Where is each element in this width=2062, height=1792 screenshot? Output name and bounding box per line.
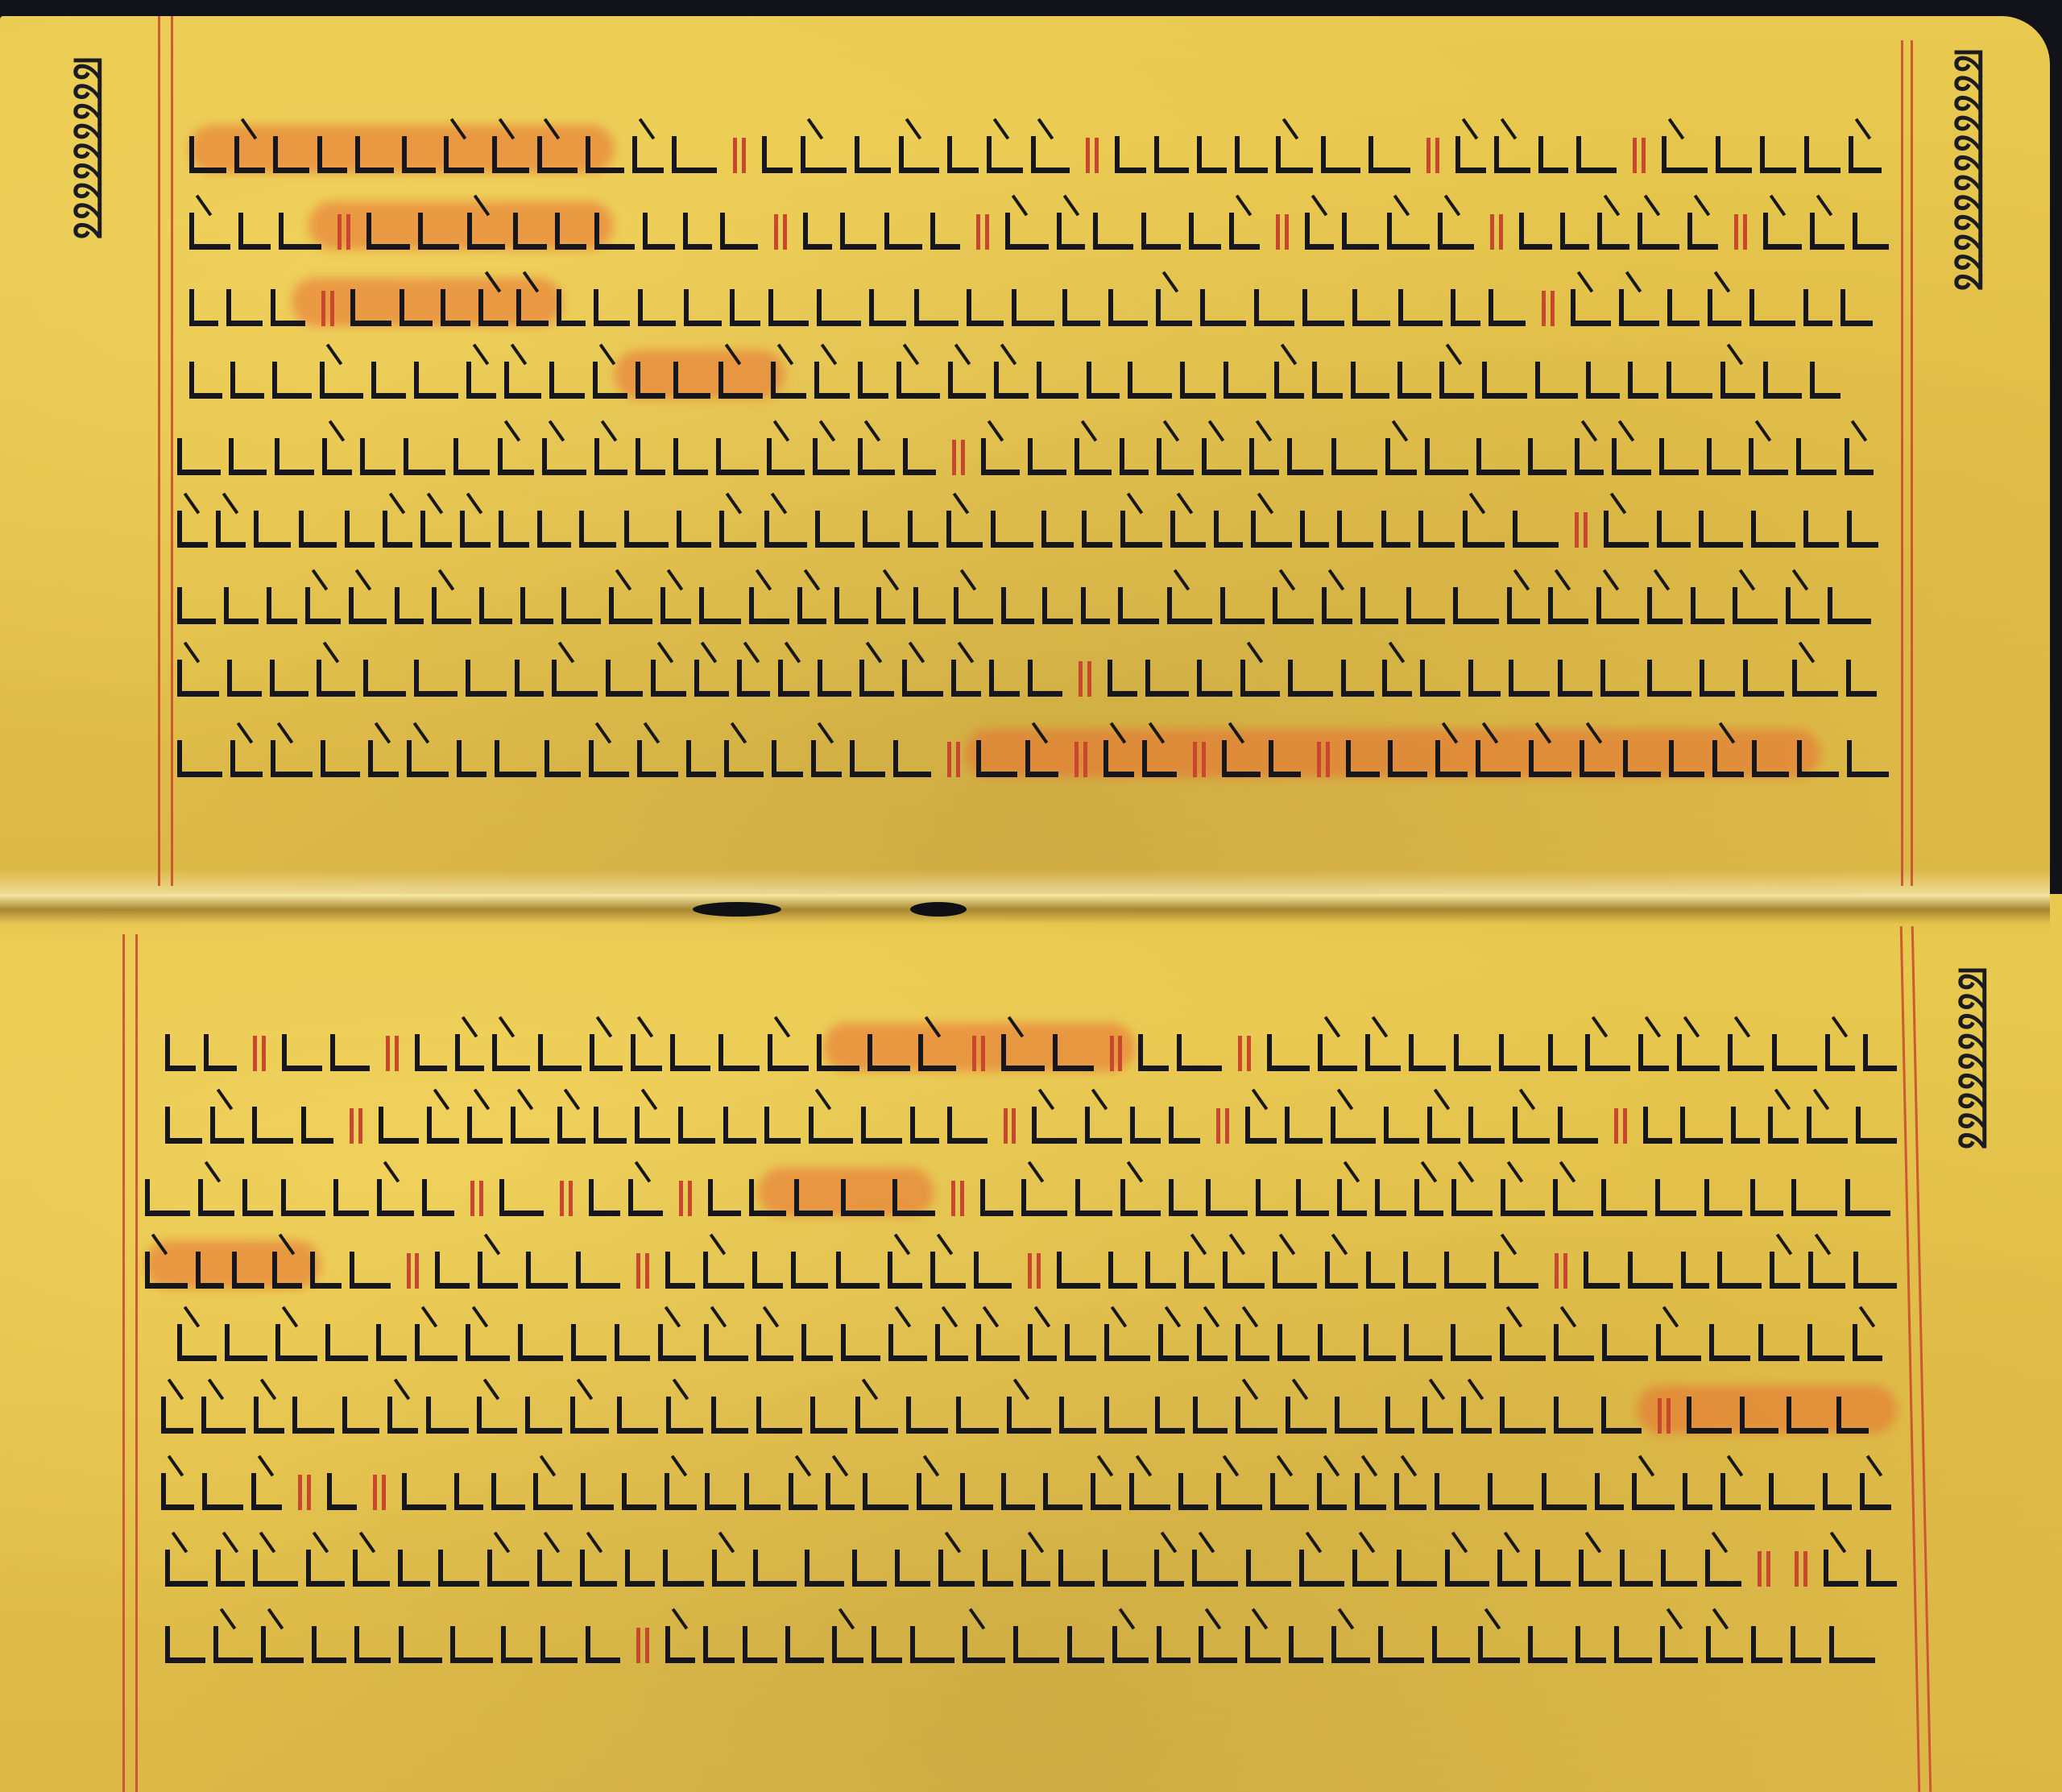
script-glyph [537, 1550, 572, 1587]
script-glyph [432, 587, 471, 624]
script-glyph [466, 362, 496, 399]
script-glyph [1494, 1252, 1539, 1289]
script-glyph [455, 1034, 484, 1071]
script-glyph [1366, 1252, 1394, 1289]
script-glyph [1214, 511, 1243, 548]
script-glyph [1256, 1179, 1288, 1216]
script-glyph [415, 1324, 458, 1361]
script-glyph [1717, 1252, 1762, 1289]
script-glyph [1804, 136, 1840, 173]
script-glyph [165, 1034, 196, 1071]
script-glyph [813, 438, 850, 475]
script-glyph [189, 213, 230, 250]
script-glyph [947, 1107, 987, 1144]
script-glyph [826, 1473, 855, 1510]
script-glyph [1554, 1397, 1593, 1434]
script-glyph [549, 362, 585, 399]
script-glyph [571, 1324, 607, 1361]
script-glyph [1463, 511, 1505, 548]
script-glyph [1600, 660, 1639, 697]
script-glyph [177, 660, 219, 697]
script-glyph [225, 1324, 267, 1361]
script-glyph [1058, 1550, 1095, 1587]
script-glyph [1042, 587, 1073, 624]
script-glyph [867, 1034, 910, 1071]
script-glyph [586, 136, 624, 173]
script-glyph [1158, 1324, 1189, 1361]
script-glyph [718, 362, 763, 399]
script-glyph [954, 587, 993, 624]
script-glyph [499, 1179, 544, 1216]
script-glyph [1388, 740, 1427, 777]
script-glyph [1791, 1626, 1821, 1663]
script-glyph [625, 1550, 655, 1587]
danda-mark [636, 1253, 649, 1289]
script-glyph [271, 740, 313, 777]
script-glyph [513, 213, 547, 250]
script-glyph [275, 1324, 317, 1361]
script-glyph [1043, 1473, 1083, 1510]
script-glyph [666, 1397, 703, 1434]
script-glyph [518, 1324, 563, 1361]
script-glyph [1104, 1324, 1150, 1361]
script-glyph [1276, 136, 1313, 173]
script-glyph [1157, 1626, 1190, 1663]
script-glyph [1796, 438, 1836, 475]
script-glyph [801, 1324, 833, 1361]
script-glyph [422, 1179, 454, 1216]
script-glyph [617, 1397, 658, 1434]
script-glyph [1325, 1252, 1358, 1289]
script-glyph [1643, 1107, 1673, 1144]
script-glyph [948, 362, 986, 399]
script-glyph [1662, 136, 1708, 173]
script-glyph [1601, 1179, 1647, 1216]
script-glyph [1270, 1473, 1309, 1510]
script-glyph [841, 1324, 880, 1361]
script-glyph [976, 1324, 1020, 1361]
script-glyph [1509, 660, 1550, 697]
script-glyph [673, 362, 710, 399]
script-glyph [177, 511, 208, 548]
script-glyph [552, 660, 598, 697]
script-glyph [590, 1034, 623, 1071]
script-glyph [752, 1252, 783, 1289]
script-glyph [1687, 1397, 1732, 1434]
script-glyph [913, 587, 946, 624]
script-glyph [420, 511, 452, 548]
script-glyph [1575, 1626, 1606, 1663]
script-glyph [963, 1626, 1005, 1663]
script-glyph [665, 1252, 695, 1289]
script-glyph [743, 1626, 777, 1663]
script-glyph [1499, 1034, 1541, 1071]
danda-mark [1216, 1108, 1229, 1144]
script-glyph [892, 1179, 935, 1216]
script-glyph [576, 1252, 620, 1289]
script-glyph [1687, 213, 1718, 250]
script-glyph [1145, 1252, 1176, 1289]
danda-mark [373, 1475, 386, 1510]
script-glyph [325, 1324, 368, 1361]
script-glyph [716, 438, 759, 475]
script-glyph [1803, 511, 1839, 548]
script-glyph [511, 1107, 549, 1144]
script-glyph [1468, 1107, 1505, 1144]
margin-caption-right: ꡞꡞꡞꡞꡞꡞꡞꡞꡞꡞꡞꡞ [1945, 48, 1995, 292]
script-glyph [1614, 1626, 1652, 1663]
script-glyph [1482, 362, 1527, 399]
script-glyph [1321, 136, 1360, 173]
script-glyph [376, 1324, 407, 1361]
script-glyph [803, 213, 832, 250]
script-glyph [414, 362, 458, 399]
script-glyph [210, 1107, 243, 1144]
script-glyph [594, 289, 630, 326]
script-glyph [1660, 1626, 1698, 1663]
script-glyph [177, 740, 222, 777]
script-glyph [202, 1473, 243, 1510]
script-glyph [537, 136, 578, 173]
script-glyph [466, 660, 507, 697]
script-glyph [660, 587, 691, 624]
script-glyph [593, 362, 627, 399]
script-glyph [1751, 1626, 1783, 1663]
script-glyph [216, 511, 246, 548]
script-glyph [951, 660, 981, 697]
script-glyph [1305, 213, 1334, 250]
script-glyph [1705, 1550, 1741, 1587]
script-glyph [1013, 1626, 1059, 1663]
manuscript-line [165, 1095, 1897, 1144]
script-glyph [460, 511, 491, 548]
script-glyph [638, 289, 676, 326]
manuscript-line [177, 427, 1889, 475]
script-glyph [594, 213, 635, 250]
script-glyph [1085, 1107, 1122, 1144]
script-glyph [177, 1324, 217, 1361]
script-glyph [327, 1473, 357, 1510]
script-glyph [855, 136, 891, 173]
danda-mark [350, 1108, 362, 1144]
script-glyph [910, 1626, 954, 1663]
script-glyph [724, 740, 764, 777]
script-glyph [1001, 587, 1034, 624]
script-glyph [1041, 511, 1074, 548]
script-glyph [683, 213, 711, 250]
script-glyph [1406, 587, 1445, 624]
script-glyph [665, 1473, 697, 1510]
danda-mark [1276, 214, 1289, 250]
script-glyph [1700, 660, 1735, 697]
script-glyph [1751, 511, 1795, 548]
script-glyph [387, 1397, 418, 1434]
script-glyph [1120, 438, 1149, 475]
script-glyph [399, 1626, 442, 1663]
script-glyph [1360, 587, 1398, 624]
script-glyph [615, 1324, 650, 1361]
script-glyph [956, 1397, 999, 1434]
danda-mark [1658, 1398, 1671, 1434]
script-glyph [355, 136, 394, 173]
script-glyph [764, 1107, 801, 1144]
script-glyph [678, 1107, 714, 1144]
script-glyph [818, 660, 851, 697]
script-glyph [1828, 587, 1871, 624]
danda-mark [470, 1181, 483, 1216]
script-glyph [216, 1550, 245, 1587]
script-glyph [902, 660, 943, 697]
script-glyph [1216, 1473, 1262, 1510]
script-glyph [855, 1397, 898, 1434]
script-glyph [330, 1034, 371, 1071]
danda-mark [1079, 661, 1091, 697]
script-glyph [1704, 1179, 1742, 1216]
script-glyph [1067, 1626, 1104, 1663]
script-glyph [1112, 1626, 1149, 1663]
danda-mark [337, 214, 350, 250]
script-glyph [1548, 587, 1588, 624]
script-glyph [636, 438, 665, 475]
script-glyph [1169, 1107, 1200, 1144]
script-glyph [229, 438, 267, 475]
script-glyph [1836, 1397, 1869, 1434]
manuscript-line [177, 499, 1889, 548]
script-glyph [1154, 136, 1189, 173]
script-glyph [1632, 1473, 1675, 1510]
script-glyph [976, 740, 1017, 777]
script-glyph [1082, 511, 1112, 548]
script-glyph [1128, 362, 1172, 399]
script-glyph [1154, 1550, 1184, 1587]
script-glyph [1108, 1252, 1137, 1289]
script-glyph [1108, 289, 1148, 326]
script-glyph [918, 1034, 957, 1071]
script-glyph [1856, 1107, 1897, 1144]
danda-mark [386, 1036, 399, 1071]
script-glyph [1535, 362, 1578, 399]
danda-mark [679, 1181, 692, 1216]
script-glyph [570, 1397, 609, 1434]
script-glyph [230, 362, 264, 399]
script-glyph [1585, 1034, 1631, 1071]
script-glyph [479, 587, 512, 624]
script-glyph [850, 740, 885, 777]
script-glyph [1005, 213, 1049, 250]
script-glyph [1418, 511, 1455, 548]
script-glyph [1758, 1324, 1799, 1361]
script-glyph [196, 1252, 224, 1289]
script-glyph [1192, 1550, 1238, 1587]
script-glyph [1453, 587, 1499, 624]
script-glyph [1461, 1397, 1492, 1434]
script-glyph [628, 1179, 663, 1216]
script-glyph [345, 511, 375, 548]
script-glyph [974, 1252, 1012, 1289]
script-glyph [1021, 1179, 1067, 1216]
script-glyph [253, 1550, 298, 1587]
script-glyph [1302, 289, 1344, 326]
manuscript-line [189, 350, 1889, 399]
script-glyph [1849, 136, 1882, 173]
script-glyph [555, 213, 586, 250]
danda-mark [321, 291, 334, 326]
script-glyph [1059, 1397, 1096, 1434]
script-glyph [991, 511, 1033, 548]
script-glyph [557, 1107, 586, 1144]
script-glyph [1229, 213, 1260, 250]
script-glyph [723, 1107, 756, 1144]
script-glyph [145, 1179, 190, 1216]
script-glyph [427, 1107, 459, 1144]
script-glyph [1120, 1179, 1161, 1216]
script-glyph [896, 362, 940, 399]
script-glyph [1236, 1324, 1269, 1361]
script-glyph [1318, 1034, 1357, 1071]
script-glyph [579, 511, 616, 548]
script-glyph [492, 136, 529, 173]
script-glyph [1768, 1107, 1799, 1144]
script-glyph [561, 587, 601, 624]
danda-mark [1110, 1036, 1123, 1071]
script-glyph [703, 1626, 735, 1663]
script-glyph [1528, 438, 1567, 475]
danda-mark [1542, 291, 1555, 326]
script-glyph [379, 1107, 418, 1144]
script-glyph [989, 660, 1020, 697]
script-glyph [1596, 587, 1639, 624]
script-glyph [1245, 1626, 1281, 1663]
script-glyph [227, 660, 262, 697]
script-glyph [1273, 587, 1314, 624]
script-glyph [1706, 1626, 1743, 1663]
script-glyph [1384, 1107, 1419, 1144]
danda-mark [947, 742, 960, 777]
danda-mark [733, 138, 746, 173]
script-glyph [1661, 1550, 1697, 1587]
danda-mark [636, 1628, 649, 1663]
script-glyph [377, 1179, 414, 1216]
script-glyph [1299, 1550, 1344, 1587]
script-glyph [1206, 1179, 1248, 1216]
script-glyph [1028, 438, 1066, 475]
manuscript-line [145, 1168, 1897, 1216]
script-glyph [1579, 1550, 1612, 1587]
script-glyph [1193, 1397, 1228, 1434]
script-glyph [817, 289, 861, 326]
script-glyph [718, 1034, 760, 1071]
script-glyph [438, 1550, 479, 1587]
script-glyph [797, 587, 826, 624]
script-glyph [1057, 213, 1085, 250]
script-glyph [789, 1473, 818, 1510]
script-glyph [1529, 740, 1571, 777]
script-glyph [333, 1179, 369, 1216]
script-glyph [1254, 289, 1294, 326]
script-glyph [861, 1107, 901, 1144]
script-glyph [1197, 660, 1232, 697]
script-glyph [705, 1473, 736, 1510]
script-glyph [467, 213, 505, 250]
script-glyph [1476, 438, 1520, 475]
script-glyph [1001, 1473, 1035, 1510]
script-glyph [383, 511, 412, 548]
script-glyph [1763, 213, 1802, 250]
manuscript-line [177, 1313, 1897, 1361]
script-glyph [1669, 740, 1704, 777]
script-glyph [1394, 1473, 1426, 1510]
script-glyph [1300, 511, 1329, 548]
script-glyph [533, 1473, 573, 1510]
script-glyph [312, 1626, 346, 1663]
danda-mark [774, 214, 787, 250]
script-glyph [145, 1252, 188, 1289]
script-glyph [477, 1397, 517, 1434]
manuscript-line [177, 729, 1889, 777]
script-glyph [814, 362, 850, 399]
script-glyph [1245, 1107, 1277, 1144]
script-glyph [1337, 1179, 1367, 1216]
script-glyph [1382, 660, 1412, 697]
script-glyph [749, 1179, 786, 1216]
script-glyph [1792, 660, 1838, 697]
script-glyph [1807, 1324, 1845, 1361]
script-glyph [204, 1034, 238, 1071]
script-glyph [501, 1626, 532, 1663]
script-glyph [1021, 1550, 1050, 1587]
ink-blot [693, 902, 781, 917]
script-glyph [1575, 438, 1604, 475]
script-glyph [350, 1252, 391, 1289]
script-glyph [686, 740, 716, 777]
script-glyph [1595, 1473, 1624, 1510]
script-glyph [1081, 587, 1110, 624]
script-glyph [832, 1626, 863, 1663]
script-glyph [906, 1397, 948, 1434]
script-glyph [980, 1179, 1013, 1216]
script-glyph [1287, 438, 1323, 475]
script-glyph [1601, 1397, 1642, 1434]
script-glyph [711, 1397, 748, 1434]
script-glyph [1167, 587, 1212, 624]
script-glyph [1500, 1397, 1546, 1434]
script-glyph [876, 587, 905, 624]
script-glyph [395, 587, 424, 624]
script-glyph [301, 1107, 333, 1144]
script-glyph [1863, 1034, 1897, 1071]
script-glyph [594, 1107, 626, 1144]
script-glyph [404, 438, 445, 475]
margin-rule-left [171, 16, 173, 886]
script-glyph [371, 362, 406, 399]
script-glyph [1420, 660, 1460, 697]
script-glyph [414, 660, 458, 697]
danda-mark [1795, 1551, 1807, 1587]
script-glyph [589, 740, 628, 777]
script-glyph [1235, 136, 1268, 173]
script-glyph [1840, 289, 1873, 326]
script-glyph [730, 289, 760, 326]
script-glyph [1769, 1473, 1815, 1510]
script-glyph [1385, 438, 1417, 475]
script-glyph [542, 438, 586, 475]
script-glyph [1337, 511, 1373, 548]
script-glyph [275, 438, 314, 475]
danda-mark [972, 1036, 985, 1071]
script-glyph [1845, 438, 1874, 475]
script-glyph [189, 362, 222, 399]
script-glyph [1548, 1034, 1577, 1071]
